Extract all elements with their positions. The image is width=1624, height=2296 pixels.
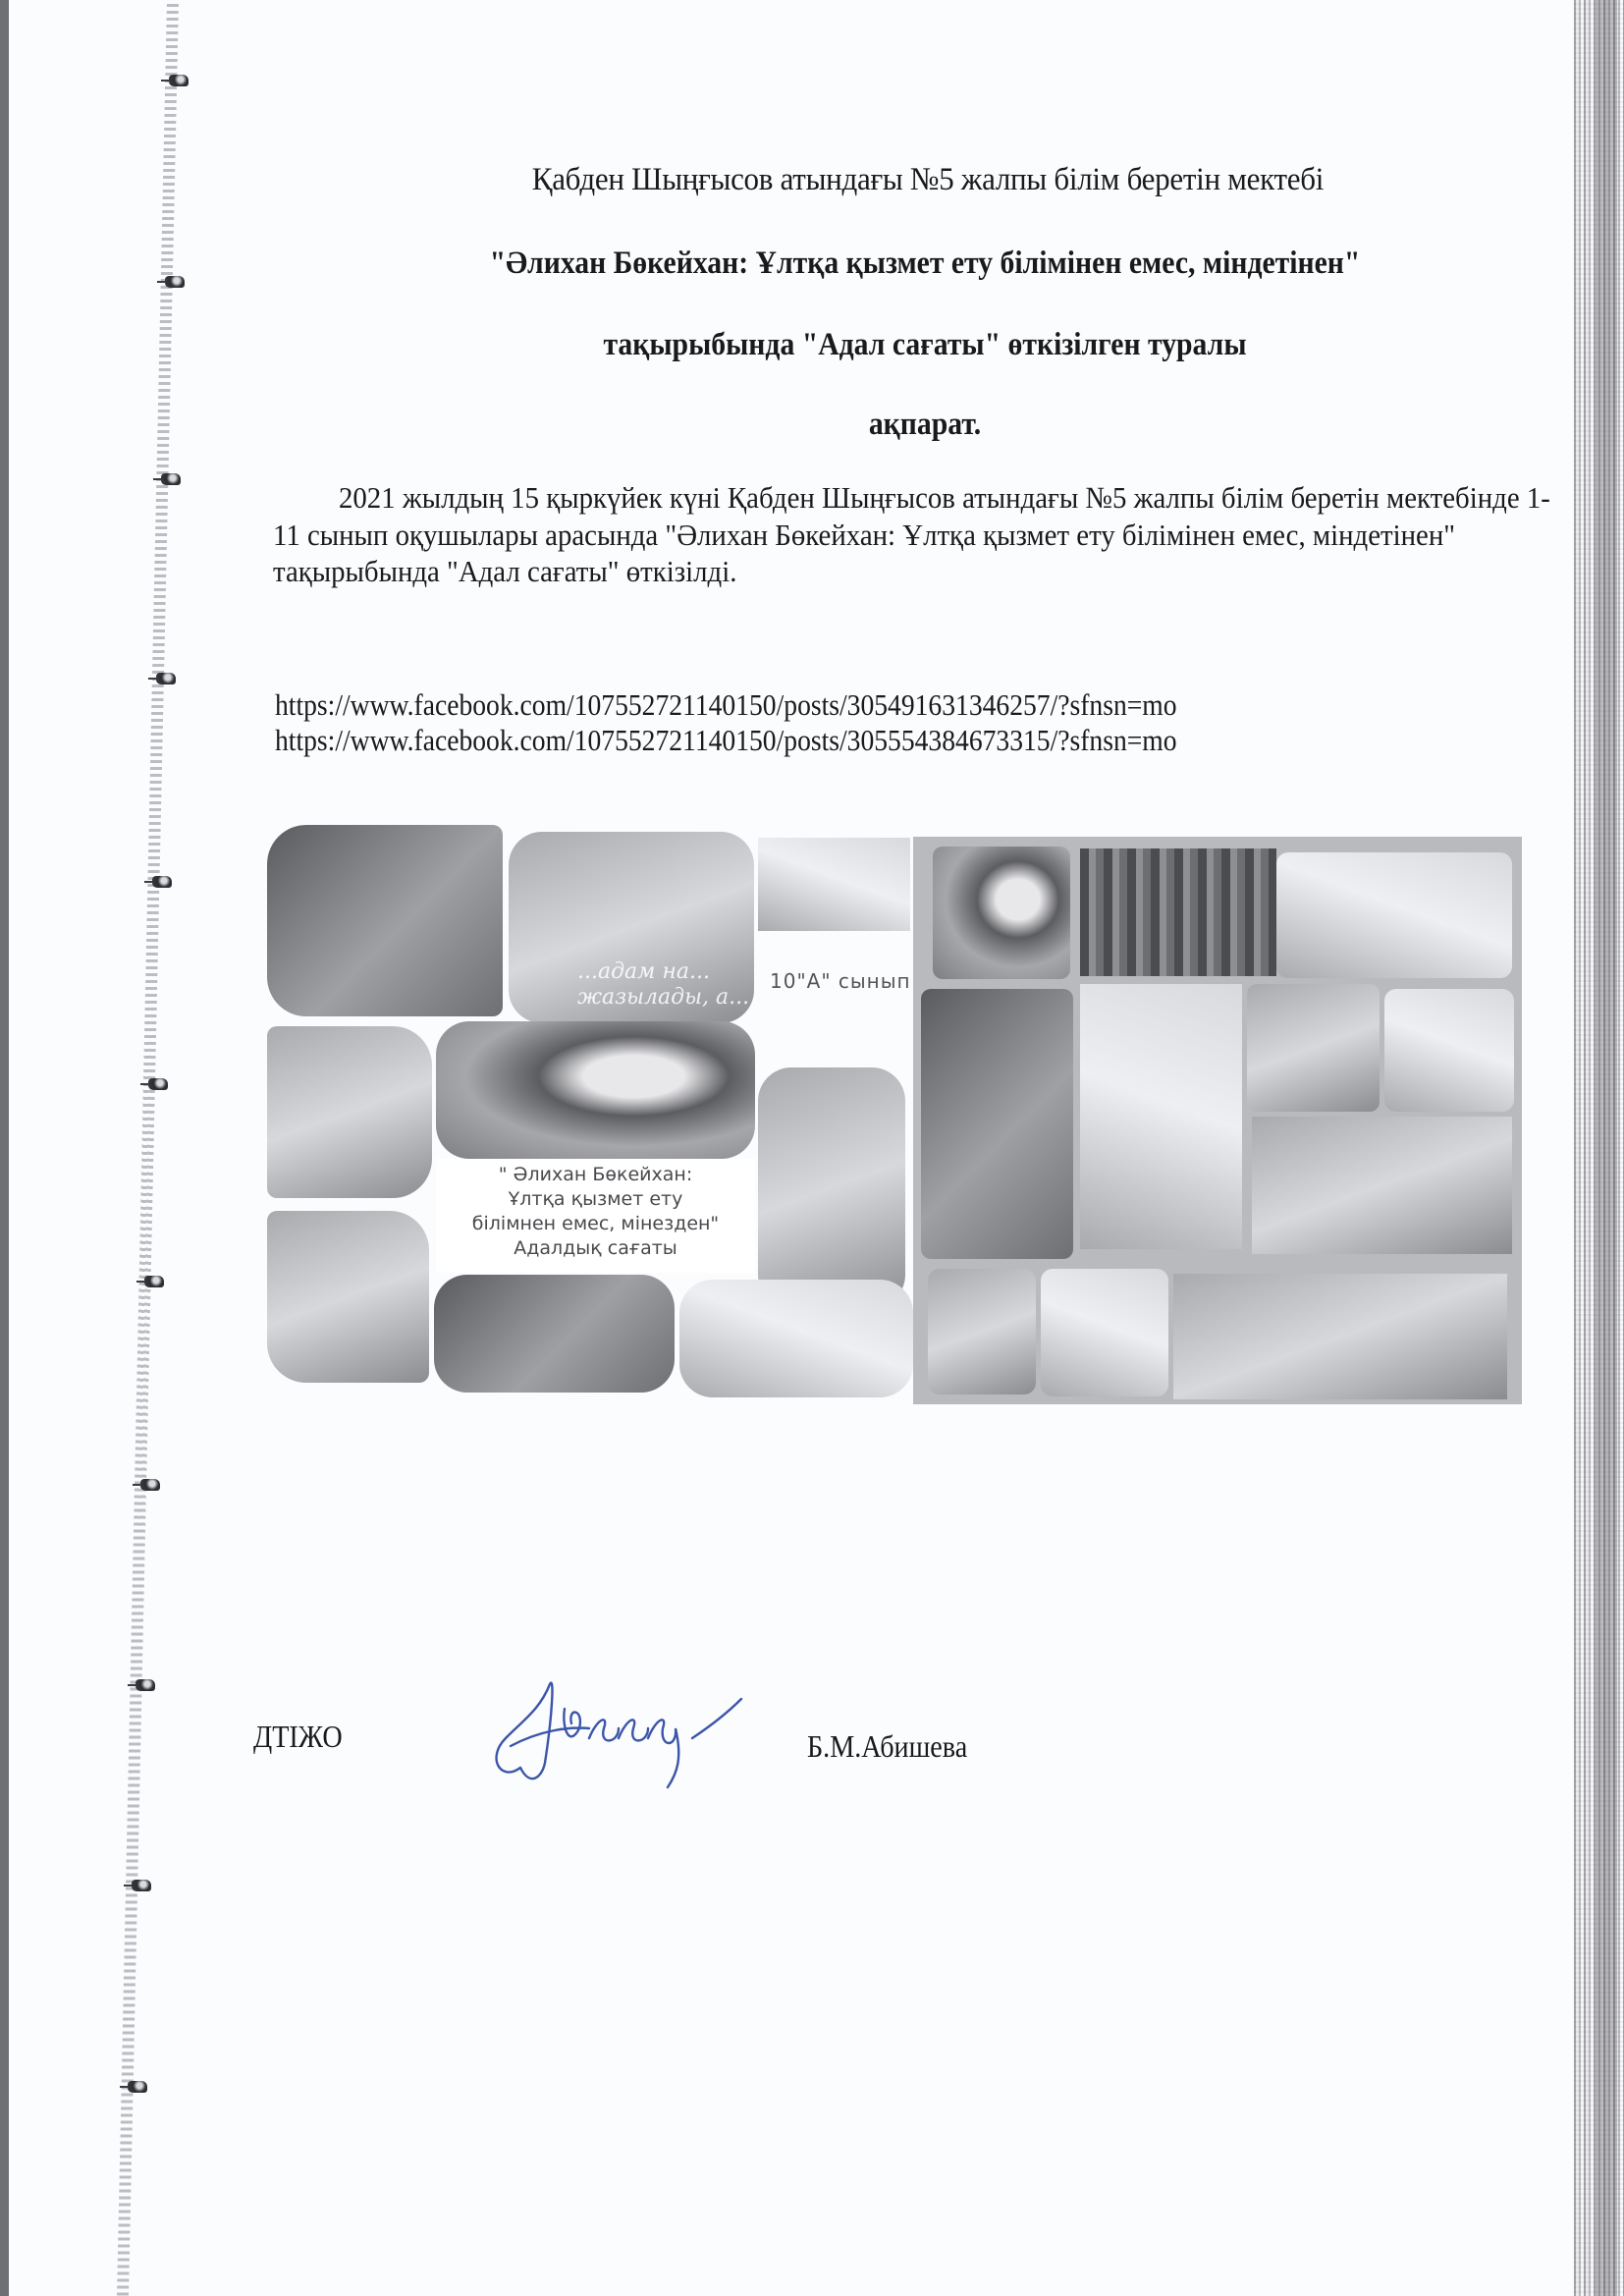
binder-hole-mark	[128, 2081, 147, 2093]
photo-archival-group	[1080, 848, 1276, 976]
binder-hole-mark	[135, 1679, 155, 1691]
signatory-name: Б.М.Абишева	[807, 1728, 967, 1765]
photo-archival-document	[1276, 852, 1512, 978]
facebook-post-link[interactable]: https://www.facebook.com/107552721140150…	[275, 723, 1177, 758]
photo-student-writing	[1252, 1117, 1512, 1254]
scan-left-edge	[0, 0, 9, 2296]
photo-student-window	[1384, 989, 1514, 1112]
photo-caption: ...адам на... жазылады, а...	[577, 959, 754, 1011]
binder-hole-mark	[144, 1276, 164, 1287]
document-title-line-3: ақпарат.	[92, 407, 1554, 443]
document-title-line-2: тақырыбында "Адал сағаты" өткізілген тур…	[92, 327, 1554, 363]
binder-hole-mark	[140, 1479, 160, 1491]
body-paragraph: 2021 жылдың 15 қыркүйек күні Қабден Шыңғ…	[273, 479, 1551, 590]
quote-line: Адалдық сағаты	[436, 1236, 755, 1261]
photo-student-phone	[267, 825, 503, 1016]
photo-students-class	[1080, 984, 1242, 1249]
photo-student-writing	[267, 1026, 432, 1198]
photo-students-lesson	[1041, 1269, 1168, 1396]
binder-hole-mark	[132, 1880, 151, 1891]
document-title-line-1: "Әлихан Бөкейхан: Ұлтқа қызмет ету білім…	[92, 246, 1554, 282]
quote-caption: " Әлихан Бөкейхан: Ұлтқа қызмет ету білі…	[436, 1159, 755, 1273]
photo-desk-notes	[267, 1211, 429, 1383]
school-name: Қабден Шыңғысов атындағы №5 жалпы білім …	[56, 162, 1583, 198]
photo-collage-right	[913, 837, 1522, 1404]
quote-line: Ұлтқа қызмет ету	[436, 1187, 755, 1212]
binder-hole-mark	[148, 1078, 168, 1090]
photo-portrait-bokeikhan	[933, 847, 1070, 979]
photo-students-lesson	[928, 1269, 1036, 1394]
binder-hole-mark	[169, 75, 189, 86]
class-label: 10"А" сынып	[770, 969, 911, 993]
photo-classroom-screen: ...адам на... жазылады, а...	[509, 832, 754, 1023]
photo-desk-notebook	[434, 1275, 675, 1393]
photo-students-phones	[679, 1280, 913, 1397]
photo-collage-left: ...адам на... жазылады, а... 10"А" сынып…	[267, 820, 915, 1399]
links-block: https://www.facebook.com/107552721140150…	[275, 687, 1177, 758]
photo-student-desk	[1247, 984, 1380, 1112]
facebook-post-link[interactable]: https://www.facebook.com/107552721140150…	[275, 687, 1177, 723]
signatory-role: ДТІЖО	[253, 1719, 343, 1755]
photo-girl-reading	[921, 989, 1073, 1259]
photo-students-lesson	[1173, 1274, 1507, 1399]
binder-hole-mark	[161, 473, 181, 485]
quote-line: білімнен емес, мінезден"	[436, 1212, 755, 1236]
handwritten-signature	[481, 1669, 776, 1792]
binder-hole-mark	[156, 673, 176, 684]
photo-teacher	[758, 838, 910, 931]
binder-hole-mark	[152, 876, 172, 888]
quote-line: " Әлихан Бөкейхан:	[436, 1163, 755, 1187]
photo-student-phone	[758, 1067, 905, 1308]
scan-right-edge-shadow	[1596, 0, 1617, 2296]
photo-portrait-bokeikhan	[436, 1021, 755, 1159]
